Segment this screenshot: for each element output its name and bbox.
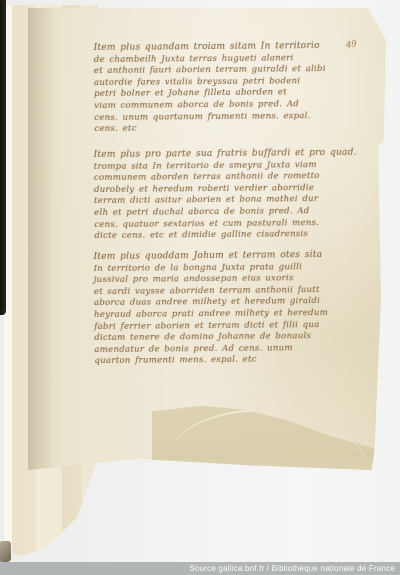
manuscript-paragraph-3: Item plus quoddam Johum et terram otes s… (93, 249, 326, 367)
gutter-shadow (28, 8, 54, 470)
manuscript-line: cens. etc (94, 122, 326, 136)
book-binding-foot-shadow (0, 541, 11, 562)
manuscript-paragraph-2: Item plus pro parte sua fratris buffardi… (94, 148, 327, 243)
folio-number: 49 (345, 39, 357, 50)
digitized-manuscript-view: 49 Item plus quandam troiam sitam In ter… (0, 0, 400, 575)
repair-patch-crease (168, 403, 372, 479)
manuscript-line: dicte cens. etc et dimidie galline cisad… (94, 229, 326, 243)
manuscript-leaf: 49 Item plus quandam troiam sitam In ter… (28, 8, 386, 470)
source-attribution-text: Source gallica.bnf.fr / Bibliothèque nat… (189, 564, 395, 573)
repair-patch (152, 400, 382, 470)
manuscript-text: Item plus quandam troiam sitam In territ… (94, 42, 326, 366)
book-binding-edge (0, 0, 6, 315)
manuscript-paragraph-1: Item plus quandam troiam sitam In territ… (94, 41, 327, 136)
source-attribution-bar: Source gallica.bnf.fr / Bibliothèque nat… (0, 562, 400, 575)
manuscript-line: quarton frumenti mens. espal. etc (94, 354, 326, 368)
